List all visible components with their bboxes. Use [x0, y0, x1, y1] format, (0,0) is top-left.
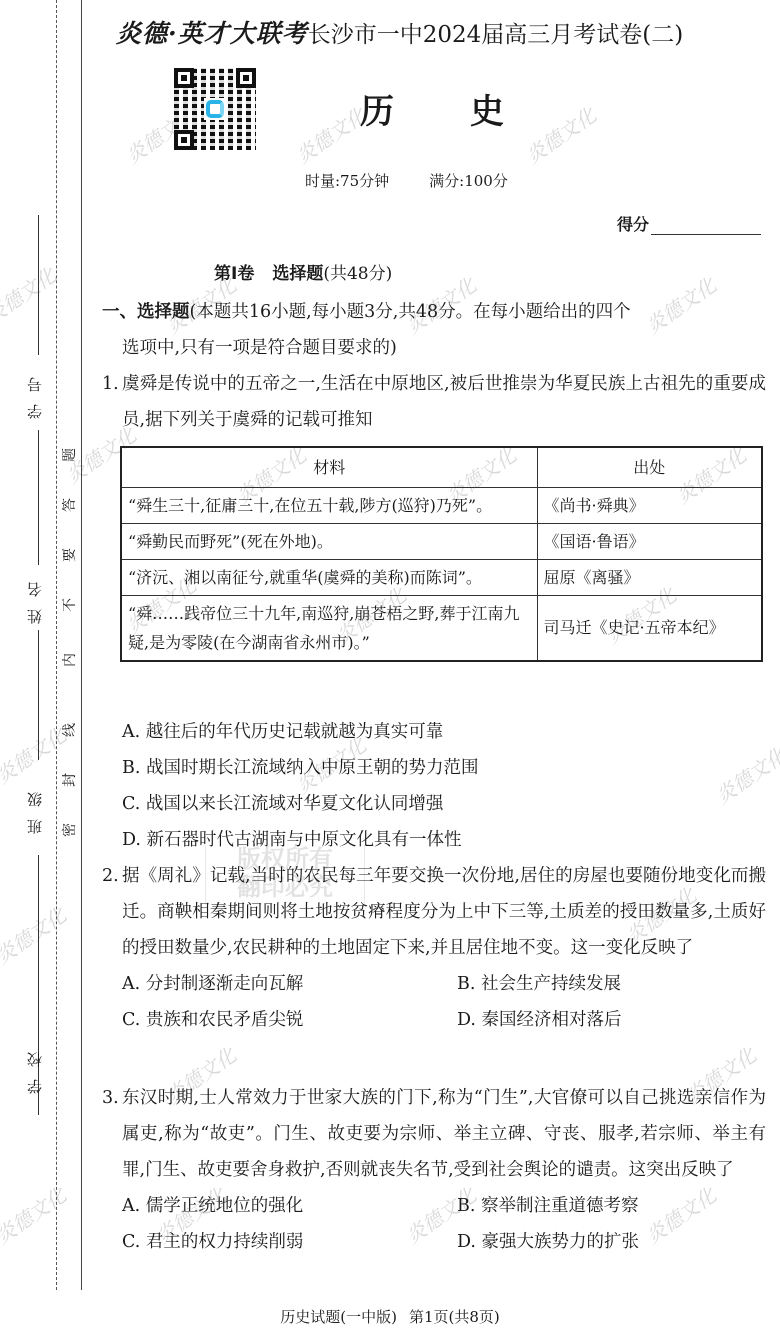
time-limit: 时量:75分钟 — [305, 172, 389, 190]
warning-char: 密 — [50, 823, 90, 837]
instruction-line: 选项中,只有一项是符合题目要求的) — [102, 330, 766, 366]
qr-finder — [174, 130, 194, 150]
option-b[interactable]: B. 社会生产持续发展 — [457, 966, 766, 1002]
qr-logo-icon — [206, 100, 224, 118]
field-label: 学校 — [24, 1040, 45, 1094]
option-c[interactable]: C. 君主的权力持续削弱 — [122, 1224, 457, 1260]
table-cell: 屈原《离骚》 — [537, 559, 762, 595]
question-stem: 3. 东汉时期,士人常效力于世家大族的门下,称为“门生”,大官僚可以自己挑选亲信… — [102, 1080, 766, 1188]
watermark: 炎德文化 — [0, 1180, 71, 1250]
score-fill-line[interactable] — [651, 217, 761, 235]
question-1: 1. 虞舜是传说中的五帝之一,生活在中原地区,被后世推崇为华夏民族上古祖先的重要… — [102, 366, 766, 438]
student-id-field[interactable]: 学号 — [24, 215, 44, 445]
table-row: “舜……践帝位三十九年,南巡狩,崩苍梧之野,葬于江南九疑,是为零陵(在今湖南省永… — [121, 595, 762, 661]
binding-dashed-line — [56, 0, 57, 1290]
table-cell: “济沅、湘以南征兮,就重华(虞舜的美称)而陈词”。 — [121, 559, 537, 595]
watermark: 炎德文化 — [289, 100, 371, 170]
question-stem: 1. 虞舜是传说中的五帝之一,生活在中原地区,被后世推崇为华夏民族上古祖先的重要… — [102, 366, 766, 438]
question-3-options: A. 儒学正统地位的强化 B. 察举制注重道德考察 C. 君主的权力持续削弱 D… — [102, 1188, 766, 1260]
question-3: 3. 东汉时期,士人常效力于世家大族的门下,称为“门生”,大官僚可以自己挑选亲信… — [102, 1080, 766, 1260]
exam-title: 炎德·英才大联考长沙市一中2024届高三月考试卷(二) — [116, 14, 683, 50]
table-row: “舜勤民而野死”(死在外地)。 《国语·鲁语》 — [121, 523, 762, 559]
question-text: 东汉时期,士人常效力于世家大族的门下,称为“门生”,大官僚可以自己挑选亲信作为属… — [122, 1080, 766, 1188]
table-cell: 司马迁《史记·五帝本纪》 — [537, 595, 762, 661]
question-number: 3. — [102, 1080, 122, 1188]
option-c[interactable]: C. 战国以来长江流域对华夏文化认同增强 — [122, 786, 766, 822]
section-part: 第Ⅰ卷 — [214, 264, 254, 284]
name-field[interactable]: 姓名 — [24, 430, 44, 660]
option-b[interactable]: B. 战国时期长江流域纳入中原王朝的势力范围 — [122, 750, 766, 786]
qr-finder — [174, 68, 194, 88]
table-header: 材料 — [121, 447, 537, 487]
warning-char: 要 — [50, 548, 90, 562]
field-label: 学号 — [24, 365, 45, 419]
option-d[interactable]: D. 豪强大族势力的扩张 — [457, 1224, 766, 1260]
warning-char: 线 — [50, 723, 90, 737]
question-number: 1. — [102, 366, 122, 438]
option-b[interactable]: B. 察举制注重道德考察 — [457, 1188, 766, 1224]
fill-line — [38, 630, 39, 760]
question-2: 2. 据《周礼》记载,当时的农民每三年要交换一次份地,居住的房屋也要随份地变化而… — [102, 858, 766, 1038]
instruction-heading: 一、选择题 — [102, 302, 190, 322]
qr-finder — [236, 68, 256, 88]
source-table: 材料 出处 “舜生三十,征庸三十,在位五十载,陟方(巡狩)乃死”。 《尚书·舜典… — [120, 446, 763, 662]
option-d[interactable]: D. 秦国经济相对落后 — [457, 1002, 766, 1038]
subject-char: 历 — [360, 84, 394, 133]
warning-char: 不 — [50, 598, 90, 612]
fill-line — [38, 430, 39, 565]
watermark: 炎德文化 — [519, 100, 601, 170]
score-label: 得分 — [617, 212, 649, 235]
table-header: 出处 — [537, 447, 762, 487]
page-footer: 历史试题(一中版)第1页(共8页) — [0, 1306, 780, 1327]
table-cell: 《国语·鲁语》 — [537, 523, 762, 559]
option-a[interactable]: A. 儒学正统地位的强化 — [122, 1188, 457, 1224]
section-title: 第Ⅰ卷选择题(共48分) — [0, 259, 780, 284]
table-cell: “舜……践帝位三十九年,南巡狩,崩苍梧之野,葬于江南九疑,是为零陵(在今湖南省永… — [121, 595, 537, 661]
table-row: “舜生三十,征庸三十,在位五十载,陟方(巡狩)乃死”。 《尚书·舜典》 — [121, 487, 762, 523]
question-text: 虞舜是传说中的五帝之一,生活在中原地区,被后世推崇为华夏民族上古祖先的重要成员,… — [122, 366, 766, 438]
section-points: (共48分) — [323, 264, 392, 284]
class-field[interactable]: 班级 — [24, 760, 44, 860]
question-text: 据《周礼》记载,当时的农民每三年要交换一次份地,居住的房屋也要随份地变化而搬迁。… — [122, 858, 766, 966]
binding-solid-line — [81, 0, 82, 1290]
section-name: 选择题 — [272, 264, 323, 284]
warning-char: 答 — [50, 498, 90, 512]
option-c[interactable]: C. 贵族和农民矛盾尖锐 — [122, 1002, 457, 1038]
option-a[interactable]: A. 分封制逐渐走向瓦解 — [122, 966, 457, 1002]
question-1-options: A. 越往后的年代历史记载就越为真实可靠 B. 战国时期长江流域纳入中原王朝的势… — [102, 714, 766, 858]
warning-char: 内 — [50, 653, 90, 667]
qr-code[interactable] — [174, 68, 256, 150]
table-header-row: 材料 出处 — [121, 447, 762, 487]
fill-line — [38, 215, 39, 355]
watermark: 炎德文化 — [0, 900, 71, 970]
table-cell: 《尚书·舜典》 — [537, 487, 762, 523]
subject-char: 史 — [470, 84, 504, 133]
brand-name: 炎德·英才大联考 — [116, 19, 308, 48]
table-cell: “舜勤民而野死”(死在外地)。 — [121, 523, 537, 559]
question-2-options: A. 分封制逐渐走向瓦解 B. 社会生产持续发展 C. 贵族和农民矛盾尖锐 D.… — [102, 966, 766, 1038]
question-stem: 2. 据《周礼》记载,当时的农民每三年要交换一次份地,居住的房屋也要随份地变化而… — [102, 858, 766, 966]
footer-doc-title: 历史试题(一中版) — [280, 1308, 397, 1326]
score-box[interactable]: 得分 — [617, 212, 761, 235]
option-a[interactable]: A. 越往后的年代历史记载就越为真实可靠 — [122, 714, 766, 750]
instruction-line: 一、选择题(本题共16小题,每小题3分,共48分。在每小题给出的四个 — [102, 294, 766, 330]
table-cell: “舜生三十,征庸三十,在位五十载,陟方(巡狩)乃死”。 — [121, 487, 537, 523]
field-label: 班级 — [24, 780, 45, 834]
instructions: 一、选择题(本题共16小题,每小题3分,共48分。在每小题给出的四个 选项中,只… — [102, 294, 766, 366]
instruction-text: (本题共16小题,每小题3分,共48分。在每小题给出的四个 — [190, 302, 631, 322]
option-d[interactable]: D. 新石器时代古湖南与中原文化具有一体性 — [122, 822, 766, 858]
school-field[interactable]: 学校 — [24, 1010, 44, 1100]
field-label: 姓名 — [24, 570, 45, 624]
exam-name: 长沙市一中2024届高三月考试卷(二) — [308, 22, 683, 48]
page-number: 第1页(共8页) — [409, 1308, 500, 1326]
warning-char: 题 — [50, 448, 90, 462]
warning-char: 封 — [50, 773, 90, 787]
table-row: “济沅、湘以南征兮,就重华(虞舜的美称)而陈词”。 屈原《离骚》 — [121, 559, 762, 595]
full-score: 满分:100分 — [429, 172, 508, 190]
exam-meta: 时量:75分钟满分:100分 — [305, 170, 508, 191]
question-number: 2. — [102, 858, 122, 966]
